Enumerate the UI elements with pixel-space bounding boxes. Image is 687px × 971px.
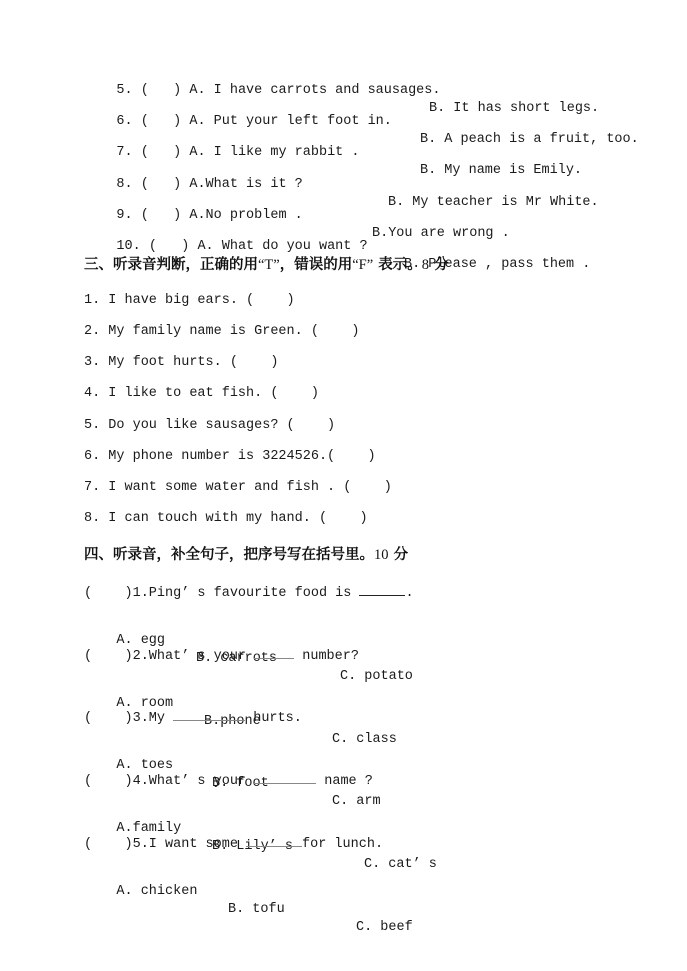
option-c: C. beef	[356, 919, 413, 937]
tf-item[interactable]: 2. My family name is Green. ( )	[84, 323, 359, 341]
option-b: B. tofu	[228, 901, 285, 919]
tf-item[interactable]: 7. I want some water and fish . ( )	[84, 479, 392, 497]
tf-item[interactable]: 5. Do you like sausages? ( )	[84, 417, 335, 435]
answer-bracket[interactable]: ( )	[84, 837, 133, 852]
fill-question: ( )3.My hurts.	[84, 708, 302, 728]
fill-blank[interactable]	[173, 708, 245, 721]
answer-bracket[interactable]: ( )	[149, 239, 190, 254]
heading-text: 三、听录音判断，正确的用	[84, 257, 258, 273]
question-text: 3.My	[133, 711, 174, 726]
question-text: number?	[294, 649, 359, 664]
heading-text: 表示。	[378, 257, 422, 273]
option-b: B.You are wrong .	[372, 225, 510, 243]
answer-bracket[interactable]: ( )	[84, 774, 133, 789]
question-text: 1.Ping’ s favourite food is	[133, 586, 360, 601]
option-b: B. My teacher is Mr White.	[388, 194, 599, 212]
score-number: 10	[374, 547, 389, 563]
question-text: hurts.	[245, 711, 302, 726]
heading-f-mark: “F”	[352, 257, 373, 273]
fill-blank[interactable]	[246, 834, 302, 847]
score-unit: 分	[434, 257, 449, 273]
question-text: .	[405, 586, 413, 601]
tf-item[interactable]: 6. My phone number is 3224526.( )	[84, 448, 376, 466]
option-b: B. My name is Emily.	[420, 162, 582, 180]
fill-question: ( )4.What’ s your name ?	[84, 771, 373, 791]
option-c: C. class	[332, 731, 397, 749]
heading-text: 四、听录音，补全句子，把序号写在括号里。	[84, 547, 374, 563]
answer-bracket[interactable]: ( )	[84, 649, 133, 664]
score-unit: 分	[394, 547, 409, 563]
fill-question: ( )5.I want some for lunch.	[84, 834, 383, 854]
tf-item[interactable]: 8. I can touch with my hand. ( )	[84, 510, 368, 528]
answer-bracket[interactable]: ( )	[84, 586, 133, 601]
fill-blank[interactable]	[359, 583, 405, 596]
option-row: A. chicken B. tofu C. beef	[84, 865, 197, 955]
question-text: for lunch.	[302, 837, 383, 852]
fill-blank[interactable]	[254, 771, 316, 784]
heading-t-mark: “T”	[258, 257, 280, 273]
question-text: name ?	[316, 774, 373, 789]
section3-heading: 三、听录音判断，正确的用“T”，错误的用“F” 表示。8 分	[84, 255, 449, 275]
fill-question: ( )1.Ping’ s favourite food is .	[84, 583, 414, 603]
question-text: 4.What’ s your	[133, 774, 255, 789]
answer-bracket[interactable]: ( )	[84, 711, 133, 726]
fill-question: ( )2.What’ s your number?	[84, 646, 359, 666]
option-c: C. cat’ s	[364, 856, 437, 874]
question-number: 10.	[116, 239, 140, 254]
question-text: 2.What’ s your	[133, 649, 255, 664]
heading-text: ，错误的用	[280, 257, 353, 273]
question-text: 5.I want some	[133, 837, 246, 852]
option-a: A. What do you want ?	[197, 239, 367, 254]
score-number: 8	[422, 257, 429, 273]
option-c: C. arm	[332, 793, 381, 811]
tf-item[interactable]: 3. My foot hurts. ( )	[84, 354, 278, 372]
option-a: A. chicken	[116, 884, 197, 899]
tf-item[interactable]: 1. I have big ears. ( )	[84, 292, 295, 310]
fill-blank[interactable]	[254, 646, 294, 659]
option-b: B. It has short legs.	[429, 100, 599, 118]
section4-heading: 四、听录音，补全句子，把序号写在括号里。10 分	[84, 545, 408, 565]
option-b: B. A peach is a fruit, too.	[420, 131, 639, 149]
tf-item[interactable]: 4. I like to eat fish. ( )	[84, 385, 319, 403]
option-c: C. potato	[340, 668, 413, 686]
